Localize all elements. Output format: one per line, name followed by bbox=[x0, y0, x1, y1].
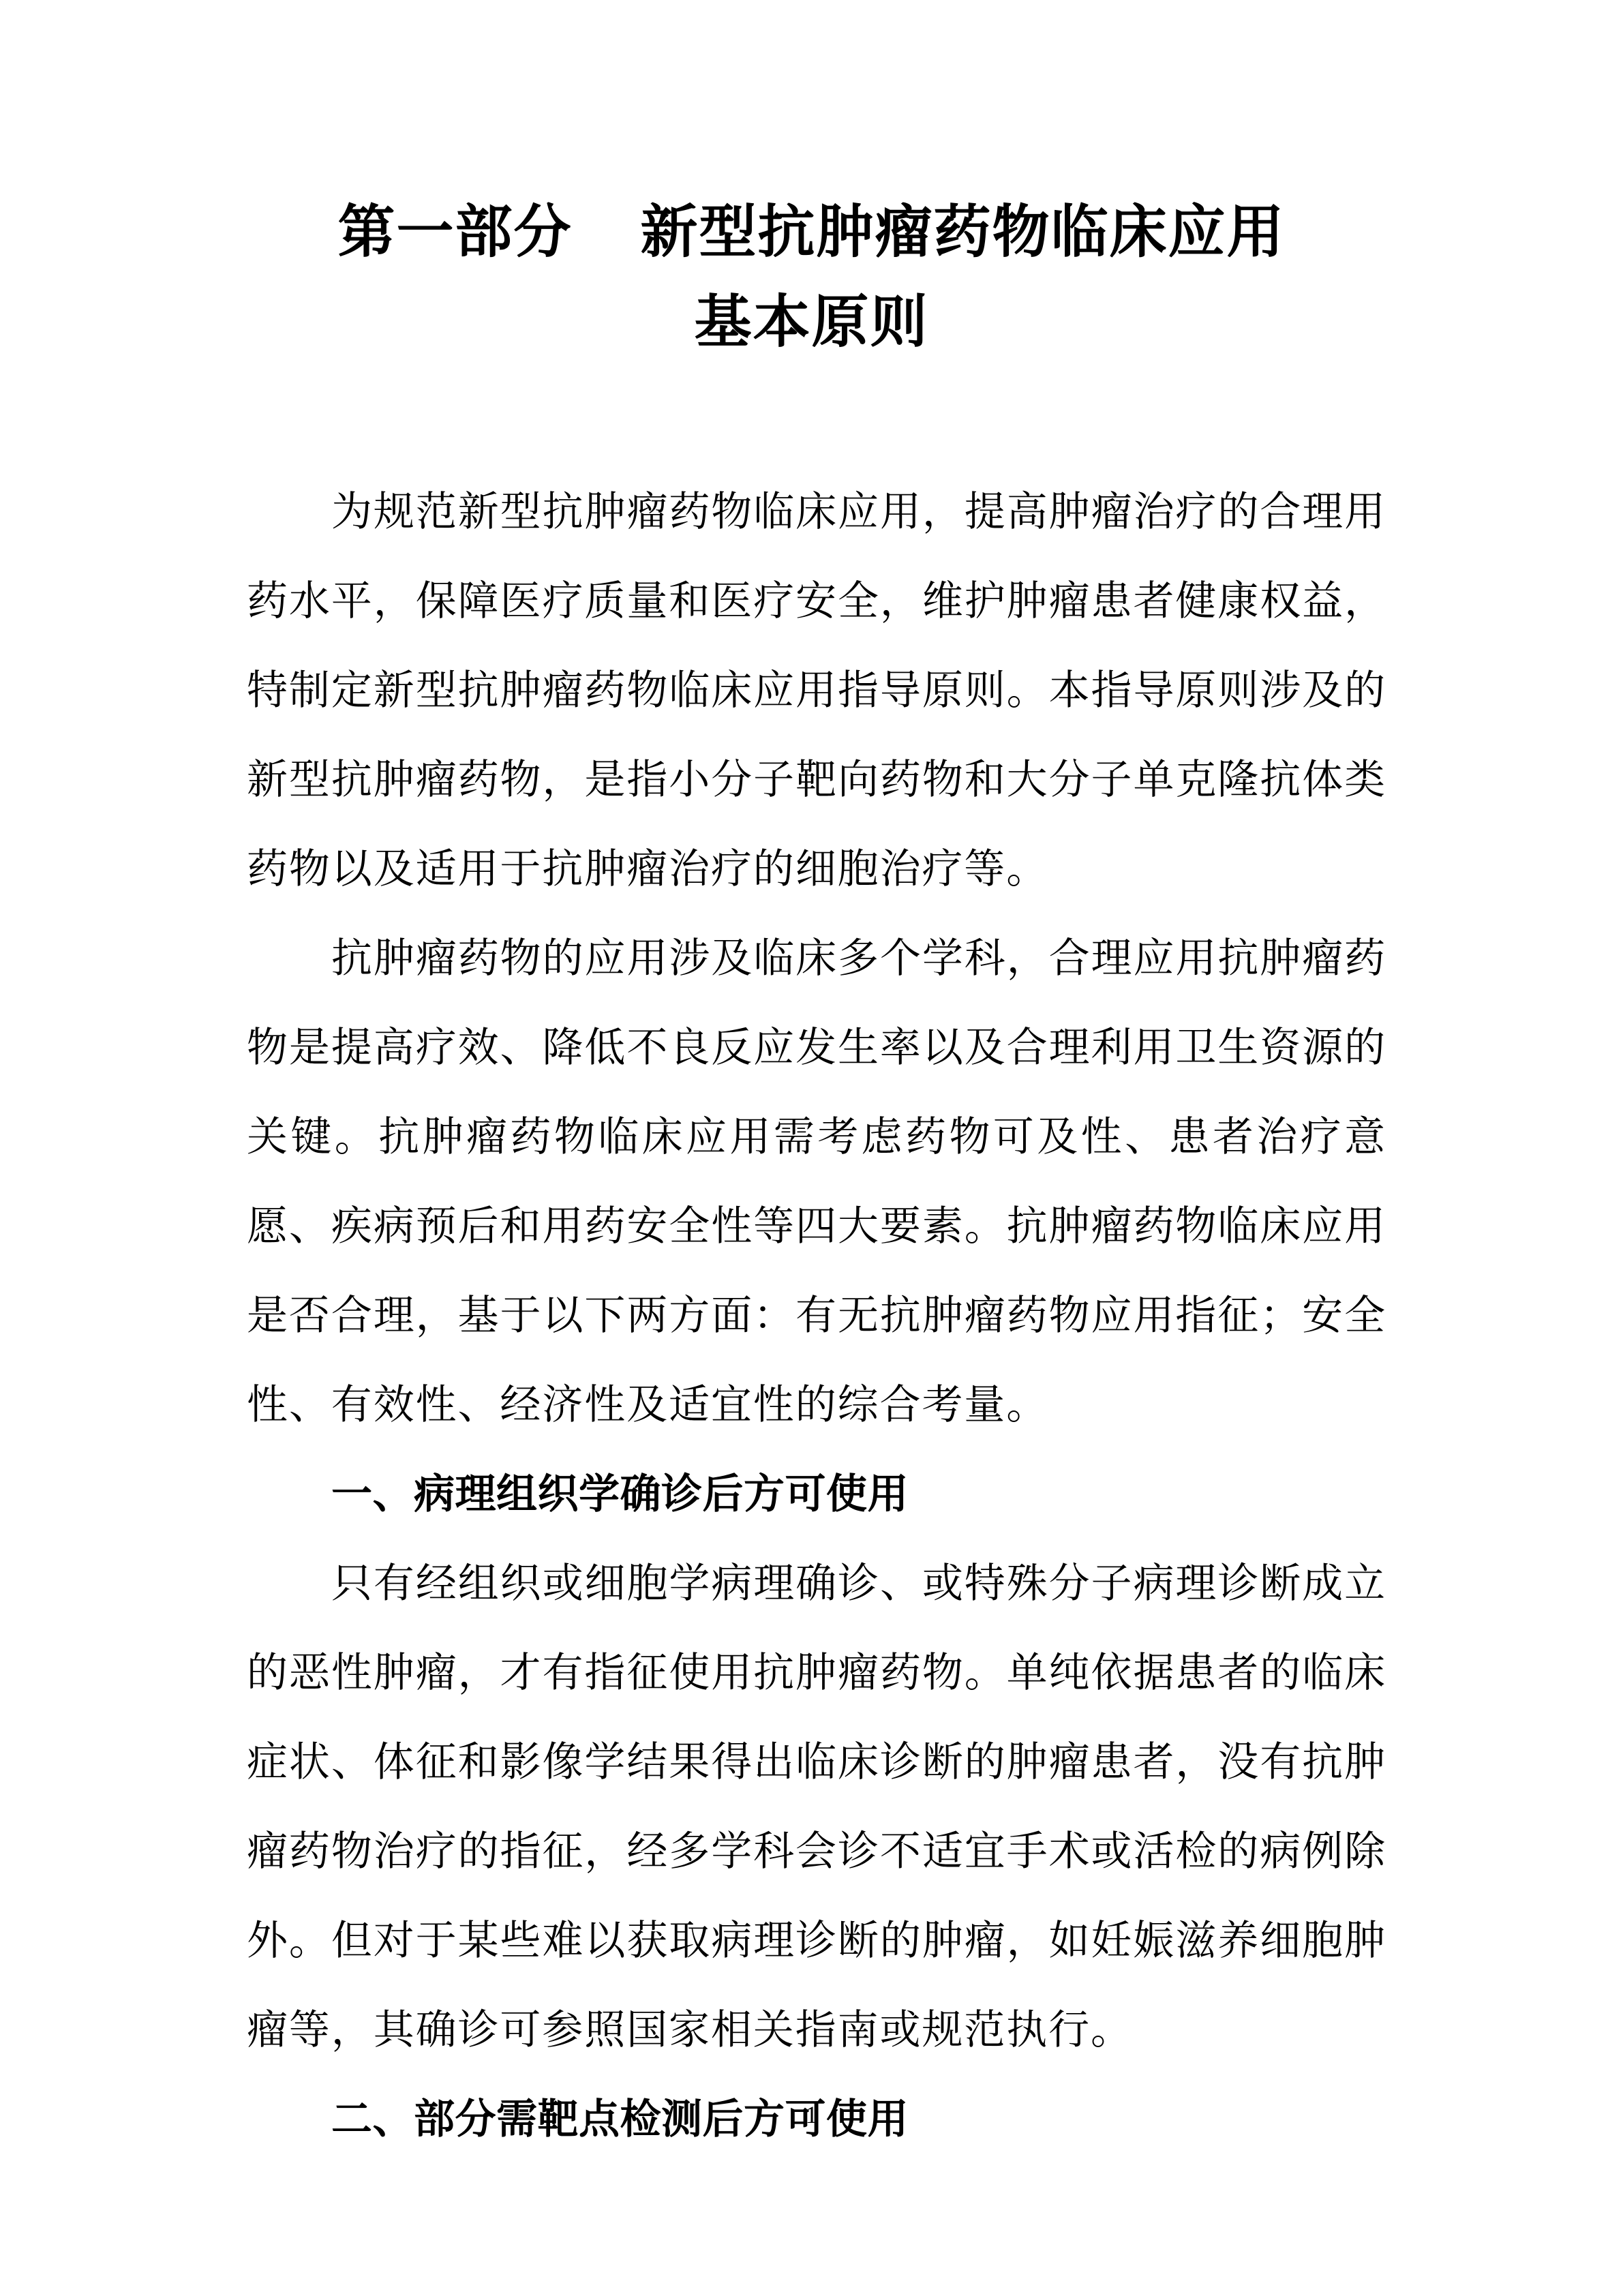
document-page: 第一部分新型抗肿瘤药物临床应用 基本原则 为规范新型抗肿瘤药物临床应用，提高肿瘤… bbox=[0, 0, 1623, 2296]
paragraph-purpose: 为规范新型抗肿瘤药物临床应用，提高肿瘤治疗的合理用药水平，保障医疗质量和医疗安全… bbox=[247, 468, 1386, 914]
page-number: 1 bbox=[0, 2101, 1623, 2128]
document-title-line-2: 基本原则 bbox=[0, 288, 1623, 356]
paragraph-pathology: 只有经组织或细胞学病理确诊、或特殊分子病理诊断成立的恶性肿瘤，才有指征使用抗肿瘤… bbox=[247, 1539, 1386, 2075]
section-heading-1: 一、病理组织学确诊后方可使用 bbox=[247, 1450, 1386, 1539]
document-body: 为规范新型抗肿瘤药物临床应用，提高肿瘤治疗的合理用药水平，保障医疗质量和医疗安全… bbox=[247, 468, 1386, 2164]
paragraph-principles: 抗肿瘤药物的应用涉及临床多个学科，合理应用抗肿瘤药物是提高疗效、降低不良反应发生… bbox=[247, 914, 1386, 1450]
part-label: 第一部分 bbox=[337, 198, 572, 265]
document-title-line-1: 第一部分新型抗肿瘤药物临床应用 bbox=[0, 198, 1623, 266]
title-main: 新型抗肿瘤药物临床应用 bbox=[641, 198, 1286, 265]
